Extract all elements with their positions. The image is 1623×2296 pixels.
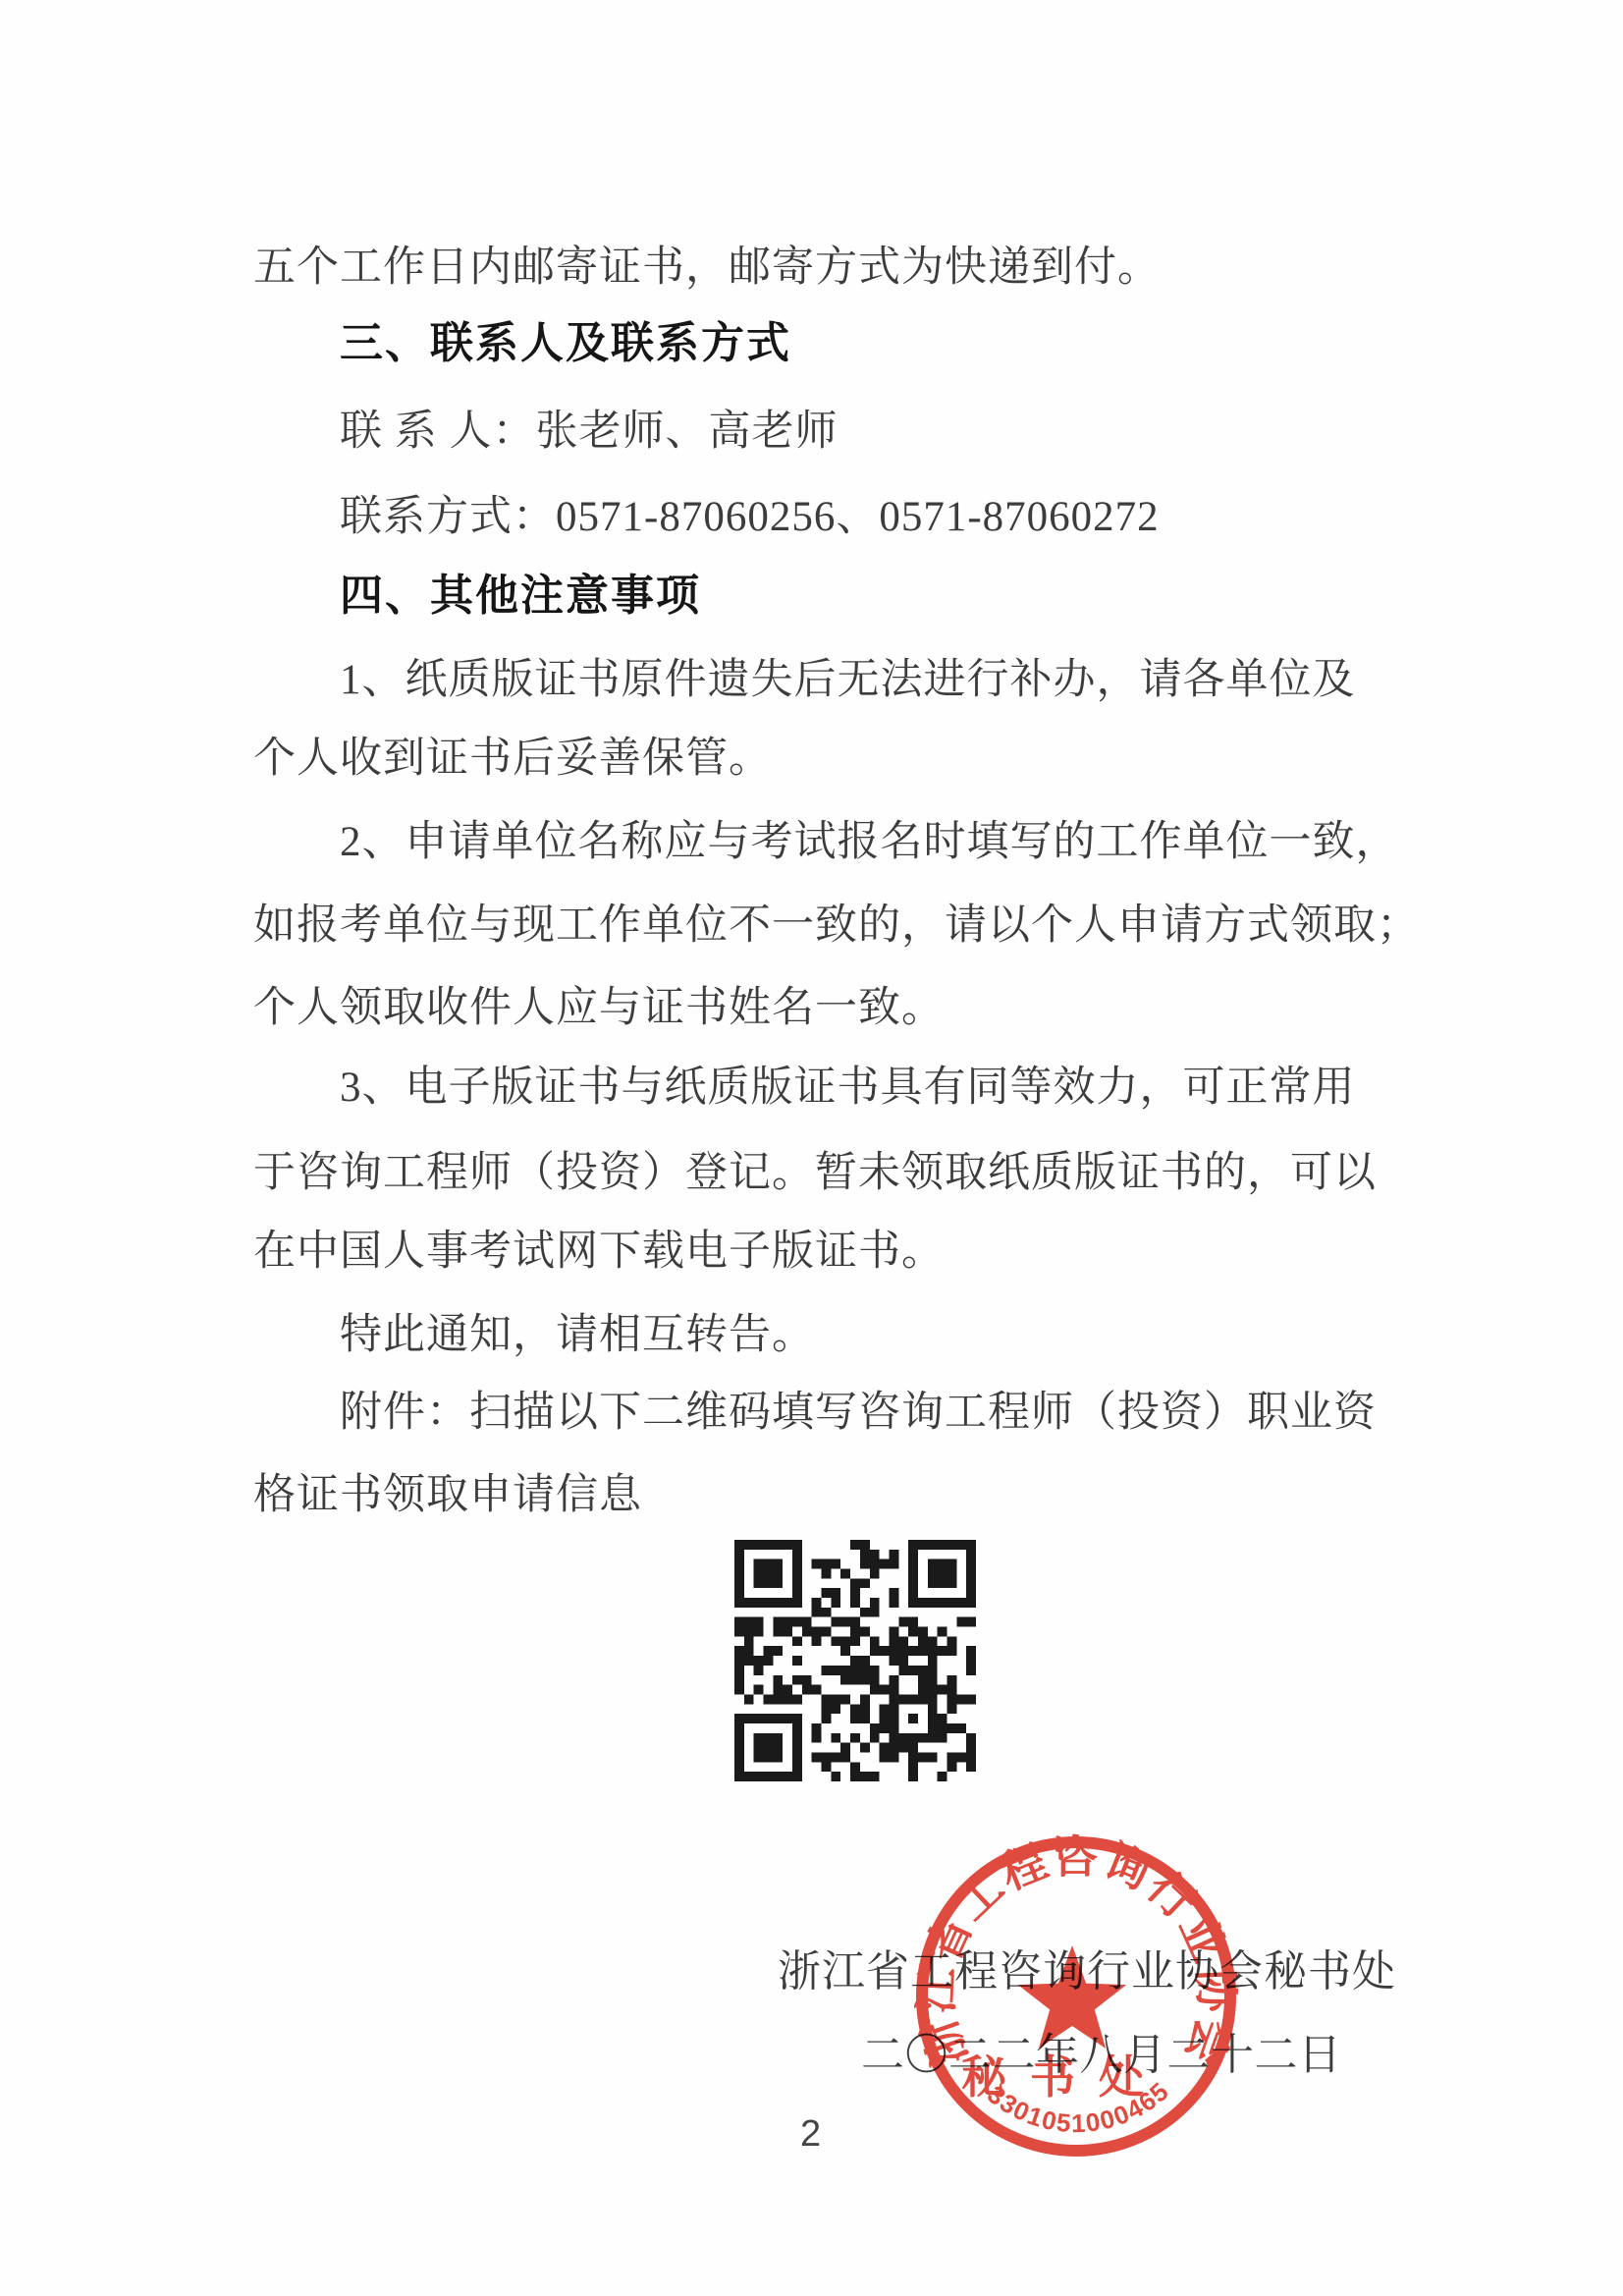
document-page: 五个工作日内邮寄证书，邮寄方式为快递到付。 三、联系人及联系方式 联 系 人：张… bbox=[0, 0, 1623, 2296]
signature-line: 浙江省工程咨询行业协会秘书处 bbox=[778, 1936, 1396, 1998]
body-text-line: 在中国人事考试网下载电子版证书。 bbox=[253, 1222, 945, 1283]
qr-code bbox=[734, 1540, 976, 1781]
body-text-line: 五个工作日内邮寄证书，邮寄方式为快递到付。 bbox=[253, 238, 1161, 299]
body-text-line: 个人领取收件人应与证书姓名一致。 bbox=[253, 978, 945, 1039]
page-number: 2 bbox=[800, 2113, 821, 2156]
body-text-line: 1、纸质版证书原件遗失后无法进行补办，请各单位及 bbox=[340, 650, 1356, 711]
contact-phone-line: 联系方式：0571-87060256、0571-87060272 bbox=[340, 487, 1160, 548]
attachment-caption-line: 附件：扫描以下二维码填写咨询工程师（投资）职业资 bbox=[340, 1383, 1377, 1444]
date-line: 二〇二二年八月二十二日 bbox=[861, 2019, 1342, 2082]
qr-code-image bbox=[734, 1540, 976, 1781]
body-text-line: 3、电子版证书与纸质版证书具有同等效力，可正常用 bbox=[340, 1058, 1356, 1119]
attachment-caption-line: 格证书领取申请信息 bbox=[253, 1465, 642, 1526]
body-text-line: 个人收到证书后妥善保管。 bbox=[253, 729, 772, 790]
body-text-line: 2、申请单位名称应与考试报名时填写的工作单位一致， bbox=[340, 812, 1399, 873]
body-text-line: 如报考单位与现工作单位不一致的，请以个人申请方式领取； bbox=[253, 896, 1420, 957]
notice-closing-line: 特此通知，请相互转告。 bbox=[340, 1305, 815, 1366]
section-heading-4: 四、其他注意事项 bbox=[340, 566, 701, 627]
contact-person-line: 联 系 人：张老师、高老师 bbox=[340, 402, 839, 463]
section-heading-3: 三、联系人及联系方式 bbox=[340, 313, 791, 374]
body-text-line: 于咨询工程师（投资）登记。暂未领取纸质版证书的，可以 bbox=[253, 1143, 1377, 1204]
